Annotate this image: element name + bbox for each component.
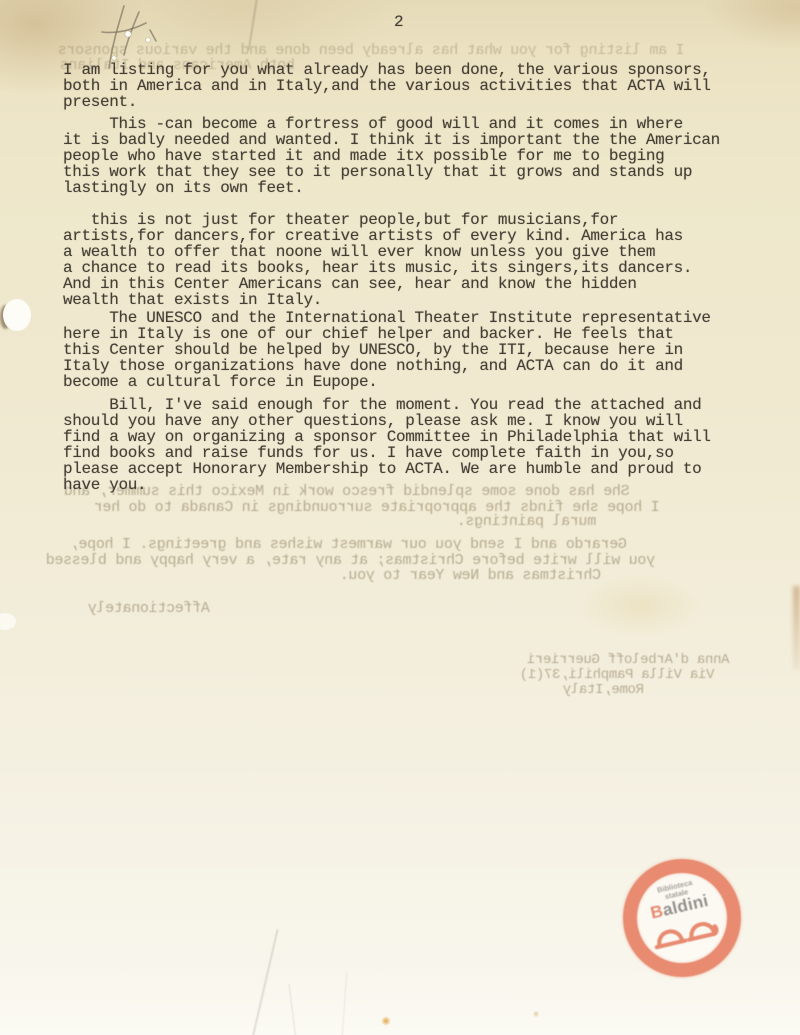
typed-line: Bill, I've said enough for the moment. Y… [63, 397, 763, 413]
bleedthrough-line: Gerardo and I send you our warmest wishe… [70, 536, 627, 553]
typed-line: this is not just for theater people,but … [63, 212, 763, 228]
typed-line: find a way on organizing a sponsor Commi… [63, 429, 763, 445]
typed-line: have you. [63, 477, 763, 493]
library-stamp-content: Biblioteca statale Baldini [628, 864, 736, 972]
typed-line: become a cultural force in Eupope. [63, 374, 763, 390]
typed-line: present. [63, 94, 763, 110]
paragraph: Bill, I've said enough for the moment. Y… [63, 397, 763, 493]
bleedthrough-line: mural paintings. [457, 513, 596, 530]
typed-line: I am listing for you what already has be… [63, 62, 763, 78]
paragraph: The UNESCO and the International Theater… [63, 310, 763, 390]
typed-line: a wealth to offer that noone will ever k… [63, 244, 763, 260]
document-page: 2 I am listing for you what has already … [0, 0, 800, 1035]
typed-line: this Center should be helped by UNESCO, … [63, 342, 763, 358]
paragraph: This -can become a fortress of good will… [63, 116, 763, 196]
typed-line: people who have started it and made itx … [63, 148, 763, 164]
bleedthrough-line: Affectionately [88, 600, 210, 617]
bleedthrough-line: Christmas and New Year to you. [340, 567, 601, 584]
bleedthrough-line: Anna d'Arbeloff Guerrieri [527, 652, 730, 668]
paper-crease [251, 929, 278, 1035]
typed-line: Italy those organizations have done noth… [63, 358, 763, 374]
typed-line: find books and raise funds for us. I hav… [63, 445, 763, 461]
paper-flaw [3, 299, 31, 331]
typed-line: artists,for dancers,for creative artists… [63, 228, 763, 244]
typed-line: And in this Center Americans can see, he… [63, 276, 763, 292]
typed-line: here in Italy is one of our chief helper… [63, 326, 763, 342]
paper-crease [342, 972, 347, 1035]
letter-body: I am listing for you what already has be… [63, 62, 763, 493]
typed-line: wealth that exists in Italy. [63, 292, 763, 308]
paragraph: this is not just for theater people,but … [63, 212, 763, 308]
typed-line: lastingly on its own feet. [63, 180, 763, 196]
paragraph: I am listing for you what already has be… [63, 62, 763, 110]
typed-line: both in America and in Italy,and the var… [63, 78, 763, 94]
library-stamp: Biblioteca statale Baldini [623, 859, 741, 977]
typed-line: this work that they see to it personally… [63, 164, 763, 180]
page-number: 2 [394, 13, 404, 31]
paper-crease [289, 984, 297, 1035]
typed-line: The UNESCO and the International Theater… [63, 310, 763, 326]
typed-line: it is badly needed and wanted. I think i… [63, 132, 763, 148]
bleedthrough-line: Rome,Italy [563, 682, 644, 698]
edge-stain [793, 586, 800, 670]
typed-line: should you have any other questions, ple… [63, 413, 763, 429]
typed-line: a chance to read its books, hear its mus… [63, 260, 763, 276]
typed-line: This -can become a fortress of good will… [63, 116, 763, 132]
paper-flaw [0, 613, 16, 630]
typed-line: please accept Honorary Membership to ACT… [63, 461, 763, 477]
bleedthrough-line: Via Villa Pamphili,37(1) [520, 667, 714, 683]
